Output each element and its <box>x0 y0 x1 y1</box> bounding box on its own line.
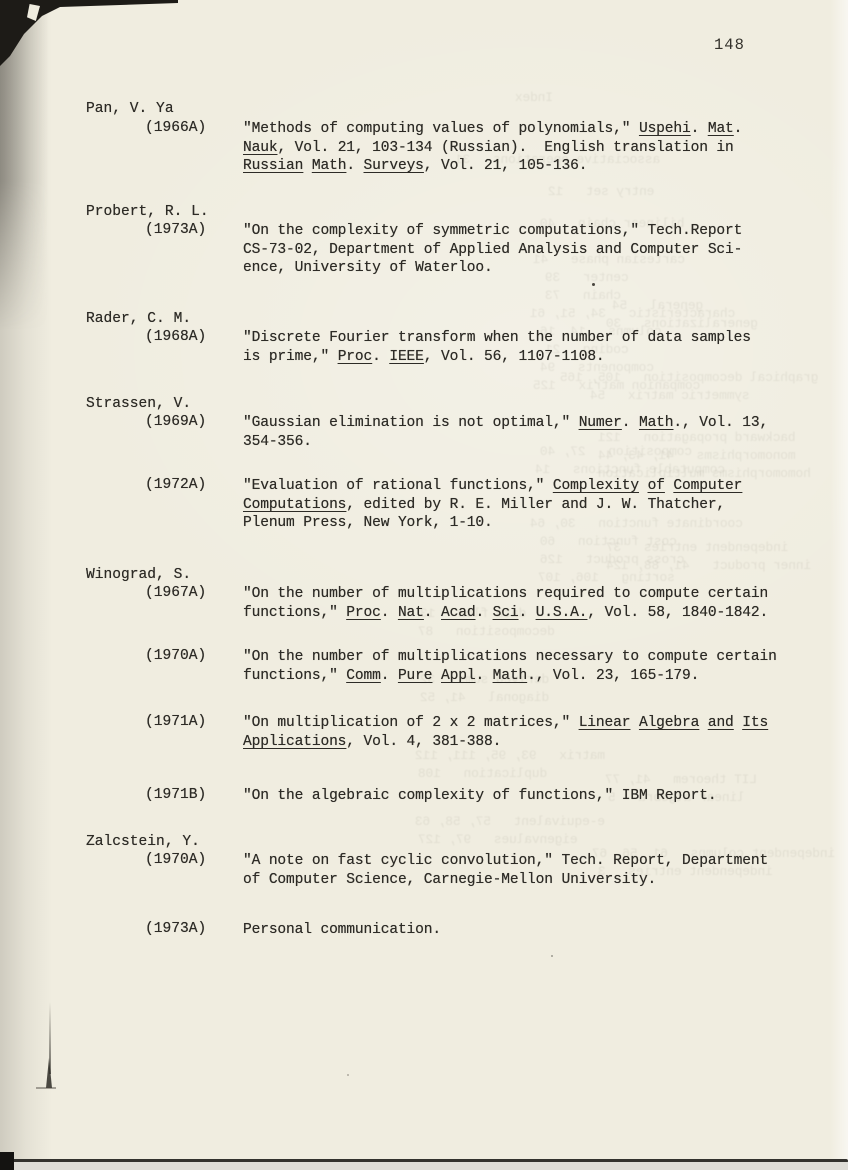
reference-line: 354-356. <box>243 433 803 452</box>
underlined-title: Math <box>493 668 527 684</box>
underlined-title: Applications <box>243 734 346 750</box>
bleed-through-line: chain 73 <box>545 288 621 303</box>
underlined-title: Mat <box>708 121 734 137</box>
underlined-title: Its <box>742 715 768 731</box>
reference-year: (1968A) <box>145 329 206 345</box>
reference-segment: . <box>381 668 398 684</box>
reference-line: functions," Proc. Nat. Acad. Sci. U.S.A.… <box>243 604 803 623</box>
reference-segment <box>699 715 708 731</box>
reference-segment <box>432 668 441 684</box>
reference-segment: . <box>691 121 708 137</box>
reference-line: of Computer Science, Carnegie-Mellon Uni… <box>243 871 803 890</box>
reference-segment <box>734 715 743 731</box>
reference-author: Rader, C. M. <box>86 311 191 327</box>
scanned-page: Indexassociative operations 31entry set … <box>0 0 848 1170</box>
reference-segment: of Computer Science, Carnegie-Mellon Uni… <box>243 872 656 888</box>
reference-text: "On multiplication of 2 x 2 matrices," L… <box>243 714 803 751</box>
reference-segment: , Vol. 58, 1840-1842. <box>587 605 768 621</box>
bleed-through-line: LIT theorem 41, 77 <box>605 772 757 787</box>
reference-line: Personal communication. <box>243 921 803 940</box>
reference-segment: , Vol. 56, 1107-1108. <box>424 349 605 365</box>
reference-line: ence, University of Waterloo. <box>243 259 803 278</box>
reference-line: "On the complexity of symmetric computat… <box>243 222 803 241</box>
bleed-through-line: diagonal 41, 52 <box>420 690 549 705</box>
reference-year: (1967A) <box>145 585 206 601</box>
reference-segment: functions," <box>243 668 346 684</box>
underlined-title: Sci <box>493 605 519 621</box>
reference-line: "Gaussian elimination is not optimal," N… <box>243 414 803 433</box>
underlined-title: Linear <box>579 715 631 731</box>
reference-line: Nauk, Vol. 21, 103-134 (Russian). Englis… <box>243 139 803 158</box>
bottom-corner-mark <box>0 1152 14 1170</box>
underlined-title: Computations <box>243 497 346 513</box>
underlined-title: of <box>648 478 665 494</box>
reference-line: "Discrete Fourier transform when the num… <box>243 329 803 348</box>
reference-segment: . <box>475 605 492 621</box>
reference-segment: . <box>346 158 363 174</box>
reference-segment: , Vol. 21, 105-136. <box>424 158 588 174</box>
reference-segment: ., Vol. 23, 165-179. <box>527 668 699 684</box>
bleed-through-line: eigenvalues 97, 127 <box>418 832 578 847</box>
reference-segment: Plenum Press, New York, 1-10. <box>243 515 493 531</box>
reference-segment: "On the algebraic complexity of function… <box>243 788 716 804</box>
underlined-title: and <box>708 715 734 731</box>
reference-segment: . <box>372 349 389 365</box>
reference-author: Zalcstein, Y. <box>86 834 200 850</box>
page-number: 148 <box>714 36 745 54</box>
reference-segment: , Vol. 4, 381-388. <box>346 734 501 750</box>
reference-text: "Discrete Fourier transform when the num… <box>243 329 803 366</box>
reference-year: (1972A) <box>145 477 206 493</box>
speck <box>592 283 595 286</box>
reference-year: (1966A) <box>145 120 206 136</box>
reference-segment: "Discrete Fourier transform when the num… <box>243 330 751 346</box>
reference-line: Computations, edited by R. E. Miller and… <box>243 496 803 515</box>
bleed-through-line: inner product 41, 88, 124 <box>606 558 811 573</box>
reference-segment: , Vol. 21, 103-134 (Russian). English tr… <box>277 140 733 156</box>
underlined-title: Complexity <box>553 478 639 494</box>
bleed-through-line: e-equivalent 57, 58, 63 <box>415 814 605 829</box>
reference-segment <box>639 478 648 494</box>
reference-line: "Evaluation of rational functions," Comp… <box>243 477 803 496</box>
reference-text: "Evaluation of rational functions," Comp… <box>243 477 803 533</box>
underlined-title: Nat <box>398 605 424 621</box>
underlined-title: Uspehi <box>639 121 691 137</box>
reference-segment: . <box>622 415 639 431</box>
reference-segment: "On the complexity of symmetric computat… <box>243 223 742 239</box>
speck <box>551 955 553 957</box>
reference-year: (1973A) <box>145 921 206 937</box>
reference-text: "On the complexity of symmetric computat… <box>243 222 803 278</box>
reference-line: "On the algebraic complexity of function… <box>243 787 803 806</box>
reference-text: "On the number of multiplications requir… <box>243 585 803 622</box>
underlined-title: U.S.A. <box>536 605 588 621</box>
reference-line: "A note on fast cyclic convolution," Tec… <box>243 852 803 871</box>
reference-line: is prime," Proc. IEEE, Vol. 56, 1107-110… <box>243 348 803 367</box>
reference-segment: . <box>518 605 535 621</box>
reference-segment: "A note on fast cyclic convolution," Tec… <box>243 853 768 869</box>
reference-text: "Methods of computing values of polynomi… <box>243 120 803 176</box>
reference-segment: "Methods of computing values of polynomi… <box>243 121 639 137</box>
reference-year: (1970A) <box>145 648 206 664</box>
underlined-title: Pure <box>398 668 432 684</box>
bleed-through-line: independent entries 37 <box>606 540 788 555</box>
reference-segment: "On multiplication of 2 x 2 matrices," <box>243 715 579 731</box>
reference-line: CS-73-02, Department of Applied Analysis… <box>243 241 803 260</box>
scanner-tray <box>0 1162 848 1170</box>
crease-mark-base <box>36 1087 56 1089</box>
reference-segment: . <box>381 605 398 621</box>
reference-text: "A note on fast cyclic convolution," Tec… <box>243 852 803 889</box>
reference-line: Plenum Press, New York, 1-10. <box>243 514 803 533</box>
reference-segment: functions," <box>243 605 346 621</box>
reference-segment: "Gaussian elimination is not optimal," <box>243 415 579 431</box>
reference-line: Applications, Vol. 4, 381-388. <box>243 733 803 752</box>
reference-line: "Methods of computing values of polynomi… <box>243 120 803 139</box>
reference-text: Personal communication. <box>243 921 803 940</box>
reference-segment: . <box>424 605 441 621</box>
reference-segment: . <box>734 121 743 137</box>
reference-segment <box>303 158 312 174</box>
crease-mark-tip <box>46 1058 52 1088</box>
reference-author: Probert, R. L. <box>86 204 209 220</box>
paper-sheet: Indexassociative operations 31entry set … <box>0 0 848 1162</box>
bleed-through-line: general 54 <box>612 298 703 313</box>
reference-year: (1969A) <box>145 414 206 430</box>
reference-year: (1973A) <box>145 222 206 238</box>
underlined-title: Comm <box>346 668 380 684</box>
reference-segment: "On the number of multiplications necess… <box>243 649 777 665</box>
reference-segment: "Evaluation of rational functions," <box>243 478 553 494</box>
bleed-through-line: graphical decomposition 105, 165 <box>560 370 818 385</box>
reference-segment: Personal communication. <box>243 922 441 938</box>
reference-line: "On the number of multiplications necess… <box>243 648 803 667</box>
underlined-title: Russian <box>243 158 303 174</box>
underlined-title: Appl <box>441 668 475 684</box>
right-edge-highlight <box>826 0 848 1162</box>
reference-line: "On the number of multiplications requir… <box>243 585 803 604</box>
underlined-title: Numer <box>579 415 622 431</box>
reference-year: (1971A) <box>145 714 206 730</box>
reference-text: "On the number of multiplications necess… <box>243 648 803 685</box>
underlined-title: Algebra <box>639 715 699 731</box>
underlined-title: IEEE <box>389 349 423 365</box>
reference-line: functions," Comm. Pure Appl. Math., Vol.… <box>243 667 803 686</box>
speck <box>347 1074 349 1076</box>
underlined-title: Nauk <box>243 140 277 156</box>
reference-text: "On the algebraic complexity of function… <box>243 787 803 806</box>
reference-segment: , edited by R. E. Miller and J. W. Thatc… <box>346 497 725 513</box>
reference-author: Pan, V. Ya <box>86 101 174 117</box>
underlined-title: Proc <box>338 349 372 365</box>
bleed-through-line: symmetric matrix 54 <box>590 388 750 403</box>
reference-author: Strassen, V. <box>86 396 191 412</box>
reference-segment: is prime," <box>243 349 338 365</box>
reference-segment <box>630 715 639 731</box>
reference-segment: . <box>475 668 492 684</box>
reference-year: (1970A) <box>145 852 206 868</box>
bleed-through-line: Index <box>515 90 553 105</box>
underlined-title: Computer <box>673 478 742 494</box>
bleed-through-line: computable functions 14 <box>535 462 725 477</box>
reference-line: Russian Math. Surveys, Vol. 21, 105-136. <box>243 157 803 176</box>
bleed-through-line: entry set 12 <box>548 184 654 199</box>
reference-segment: ., Vol. 13, <box>673 415 768 431</box>
reference-segment: 354-356. <box>243 434 312 450</box>
reference-text: "Gaussian elimination is not optimal," N… <box>243 414 803 451</box>
underlined-title: Proc <box>346 605 380 621</box>
reference-year: (1971B) <box>145 787 206 803</box>
bleed-through-line: decomposition 87 <box>418 624 555 639</box>
reference-segment: "On the number of multiplications requir… <box>243 586 768 602</box>
reference-line: "On multiplication of 2 x 2 matrices," L… <box>243 714 803 733</box>
underlined-title: Surveys <box>364 158 424 174</box>
reference-author: Winograd, S. <box>86 567 191 583</box>
reference-segment: ence, University of Waterloo. <box>243 260 493 276</box>
underlined-title: Math <box>312 158 346 174</box>
underlined-title: Acad <box>441 605 475 621</box>
underlined-title: Math <box>639 415 673 431</box>
reference-segment: CS-73-02, Department of Applied Analysis… <box>243 242 742 258</box>
bleed-through-line: duplication 108 <box>418 766 547 781</box>
